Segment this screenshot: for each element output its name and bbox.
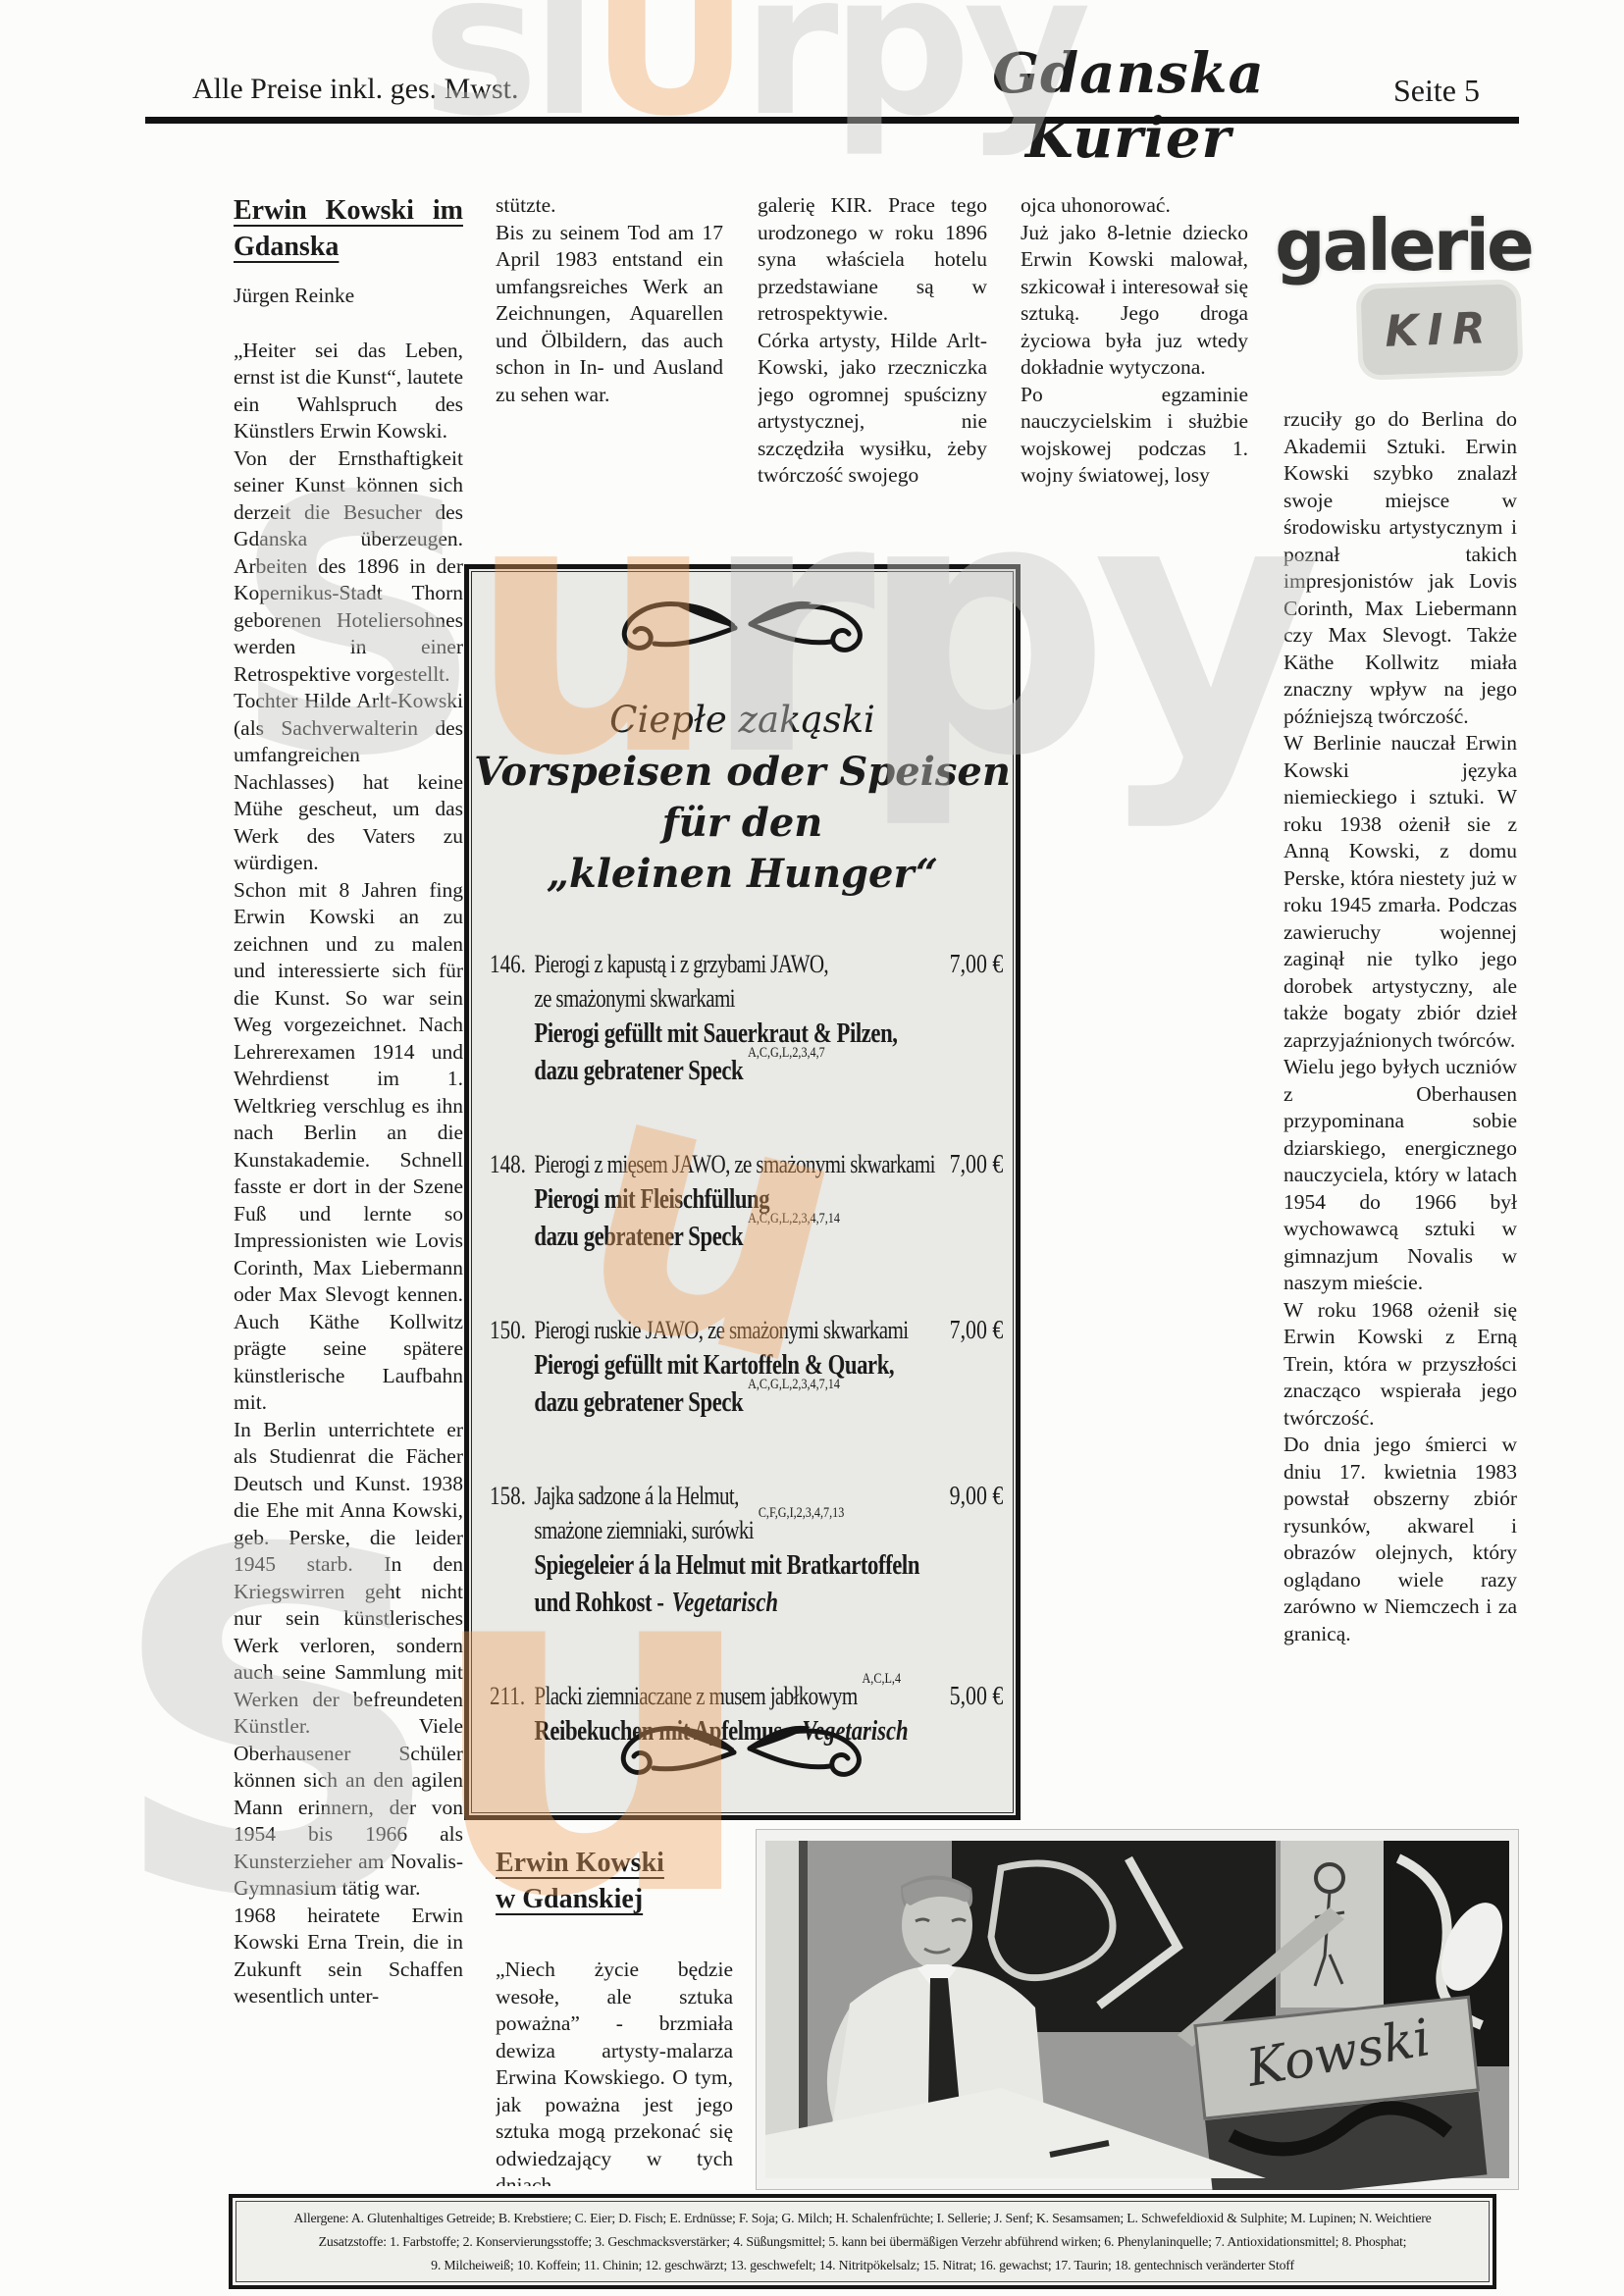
article-left-column: Erwin Kowski im Gdanska Jürgen Reinke „H… bbox=[234, 192, 463, 2188]
menu-item-polish: ze smażonymi skwarkami bbox=[534, 981, 734, 1016]
article-paragraph: Córka artysty, Hilde Arlt-Kowski, jako r… bbox=[758, 328, 987, 490]
article-paragraph: „Niech życie będzie wesołe, ale sztuka p… bbox=[496, 1957, 733, 2186]
page-number: Seite 5 bbox=[1393, 73, 1480, 109]
galerie-wordmark: galerie bbox=[1272, 204, 1535, 287]
article-bottom-column: Erwin Kowski w Gdanskiej „Niech życie bę… bbox=[496, 1845, 733, 2186]
menu-item-number: 148. bbox=[490, 1147, 534, 1181]
kir-badge: KIR bbox=[1361, 284, 1519, 375]
article-paragraph: 1968 heiratete Erwin Kowski Erna Trein, … bbox=[234, 1903, 463, 2010]
menu-item-polish: Pierogi z mięsem JAWO, ze smażonymi skwa… bbox=[534, 1147, 934, 1181]
article-paragraph: galerię KIR. Prace tego urodzonego w rok… bbox=[758, 192, 987, 328]
article-paragraph: Po egzaminie nauczycielskim i służbie wo… bbox=[1021, 382, 1248, 490]
menu-item-price: 7,00 € bbox=[938, 1147, 1003, 1181]
menu-item-price: 9,00 € bbox=[938, 1479, 1003, 1513]
menu-item-polish: Pierogi ruskie JAWO, ze smażonymi skwark… bbox=[534, 1313, 908, 1347]
menu-item-price: 7,00 € bbox=[938, 947, 1003, 981]
article-paragraph: stützte. bbox=[496, 192, 723, 220]
article-paragraph: Bis zu seinem Tod am 17 April 1983 entst… bbox=[496, 220, 723, 409]
menu-item: 146.Pierogi z kapustą i z grzybami JAWO,… bbox=[490, 947, 1003, 1090]
menu-item-polish: Jajka sadzone á la Helmut, bbox=[534, 1479, 738, 1513]
menu-item-price: 5,00 € bbox=[938, 1679, 1003, 1713]
menu-item-german: Pierogi mit Fleischfüllung bbox=[534, 1181, 769, 1219]
article-paragraph: In Berlin unterrichtete er als Studienra… bbox=[234, 1417, 463, 1903]
article-column-3: galerię KIR. Prace tego urodzonego w rok… bbox=[758, 192, 987, 557]
menu-item-polish: Pierogi z kapustą i z grzybami JAWO, bbox=[534, 947, 828, 981]
menu-box: Ciepłe zakąski Vorspeisen oder Speisen f… bbox=[464, 564, 1021, 1820]
article-paragraph: W roku 1968 ożenił się Erwin Kowski z Er… bbox=[1283, 1297, 1517, 1433]
article-paragraph: Tochter Hilde Arlt-Kowski (als Sachverwa… bbox=[234, 688, 463, 877]
article-right-column: rzuciły go do Berlina do Akademii Sztuki… bbox=[1283, 406, 1517, 1829]
menu-item-polish: smażone ziemniaki, surówki bbox=[534, 1513, 754, 1547]
article-column-2: stützte. Bis zu seinem Tod am 17 April 1… bbox=[496, 192, 723, 557]
menu-item-number: 211. bbox=[490, 1679, 534, 1713]
menu-item-german: dazu gebratener Speck bbox=[534, 1219, 743, 1256]
newspaper-masthead: Gdanska Kurier bbox=[913, 41, 1344, 171]
article-paragraph: rzuciły go do Berlina do Akademii Sztuki… bbox=[1283, 406, 1517, 730]
additives-line: 9. Milcheiweiß; 10. Koffein; 11. Chinin;… bbox=[233, 2254, 1493, 2277]
article-paragraph: Wielu jego byłych uczniów z Oberhausen p… bbox=[1283, 1054, 1517, 1297]
article-paragraph: Już jako 8-letnie dziecko Erwin Kowski m… bbox=[1021, 220, 1248, 382]
header-rule bbox=[145, 117, 1519, 124]
article-column-4: ojca uhonorować. Już jako 8-letnie dziec… bbox=[1021, 192, 1248, 557]
article-paragraph: „Heiter sei das Leben, ernst ist die Kun… bbox=[234, 338, 463, 445]
artist-photo: Kowski bbox=[756, 1829, 1519, 2190]
article-byline: Jürgen Reinke bbox=[234, 283, 463, 310]
menu-item-number: 150. bbox=[490, 1313, 534, 1347]
allergen-line: Allergene: A. Glutenhaltiges Getreide; B… bbox=[233, 2207, 1493, 2230]
menu-item-german: und Rohkost - bbox=[534, 1585, 663, 1622]
additives-line: Zusatzstoffe: 1. Farbstoffe; 2. Konservi… bbox=[233, 2230, 1493, 2254]
menu-item-number: 146. bbox=[490, 947, 534, 981]
menu-item: 158.Jajka sadzone á la Helmut,9,00 € sma… bbox=[490, 1479, 1003, 1622]
menu-item: 148.Pierogi z mięsem JAWO, ze smażonymi … bbox=[490, 1147, 1003, 1256]
menu-item-list: 146.Pierogi z kapustą i z grzybami JAWO,… bbox=[469, 947, 1021, 1750]
menu-item-german: dazu gebratener Speck bbox=[534, 1053, 743, 1090]
menu-item: 150.Pierogi ruskie JAWO, ze smażonymi sk… bbox=[490, 1313, 1003, 1422]
article-headline: Erwin Kowski im Gdanska bbox=[234, 192, 463, 265]
article-paragraph: Do dnia jego śmierci w dniu 17. kwietnia… bbox=[1283, 1432, 1517, 1647]
menu-item-german: dazu gebratener Speck bbox=[534, 1384, 743, 1422]
menu-item-price: 7,00 € bbox=[938, 1313, 1003, 1347]
menu-item-polish: Placki ziemniaczane z musem jabłkowym bbox=[534, 1679, 857, 1713]
menu-item-german: Pierogi gefüllt mit Sauerkraut & Pilzen, bbox=[534, 1016, 897, 1053]
article-paragraph: ojca uhonorować. bbox=[1021, 192, 1248, 220]
header-tax-note: Alle Preise inkl. ges. Mwst. bbox=[192, 73, 518, 106]
flourish-ornament bbox=[595, 1719, 889, 1782]
allergen-footer: Allergene: A. Glutenhaltiges Getreide; B… bbox=[229, 2194, 1496, 2289]
newspaper-page: slUrpy Surpy u Su Alle Preise inkl. ges.… bbox=[0, 0, 1624, 2296]
article-headline: Erwin Kowski bbox=[496, 1845, 733, 1881]
article-headline: w Gdanskiej bbox=[496, 1881, 733, 1917]
article-paragraph: W Berlinie nauczał Erwin Kowski języka n… bbox=[1283, 730, 1517, 1054]
menu-item-number: 158. bbox=[490, 1479, 534, 1513]
article-paragraph: Von der Ernsthaftigkeit seiner Kunst kön… bbox=[234, 445, 463, 689]
article-paragraph: Schon mit 8 Jahren fing Erwin Kowski an … bbox=[234, 877, 463, 1417]
vegetarian-label: Vegetarisch bbox=[672, 1585, 778, 1622]
galerie-kir-logo: KIR galerie bbox=[1272, 177, 1535, 385]
menu-item-german: Spiegeleier á la Helmut mit Bratkartoffe… bbox=[534, 1547, 919, 1585]
